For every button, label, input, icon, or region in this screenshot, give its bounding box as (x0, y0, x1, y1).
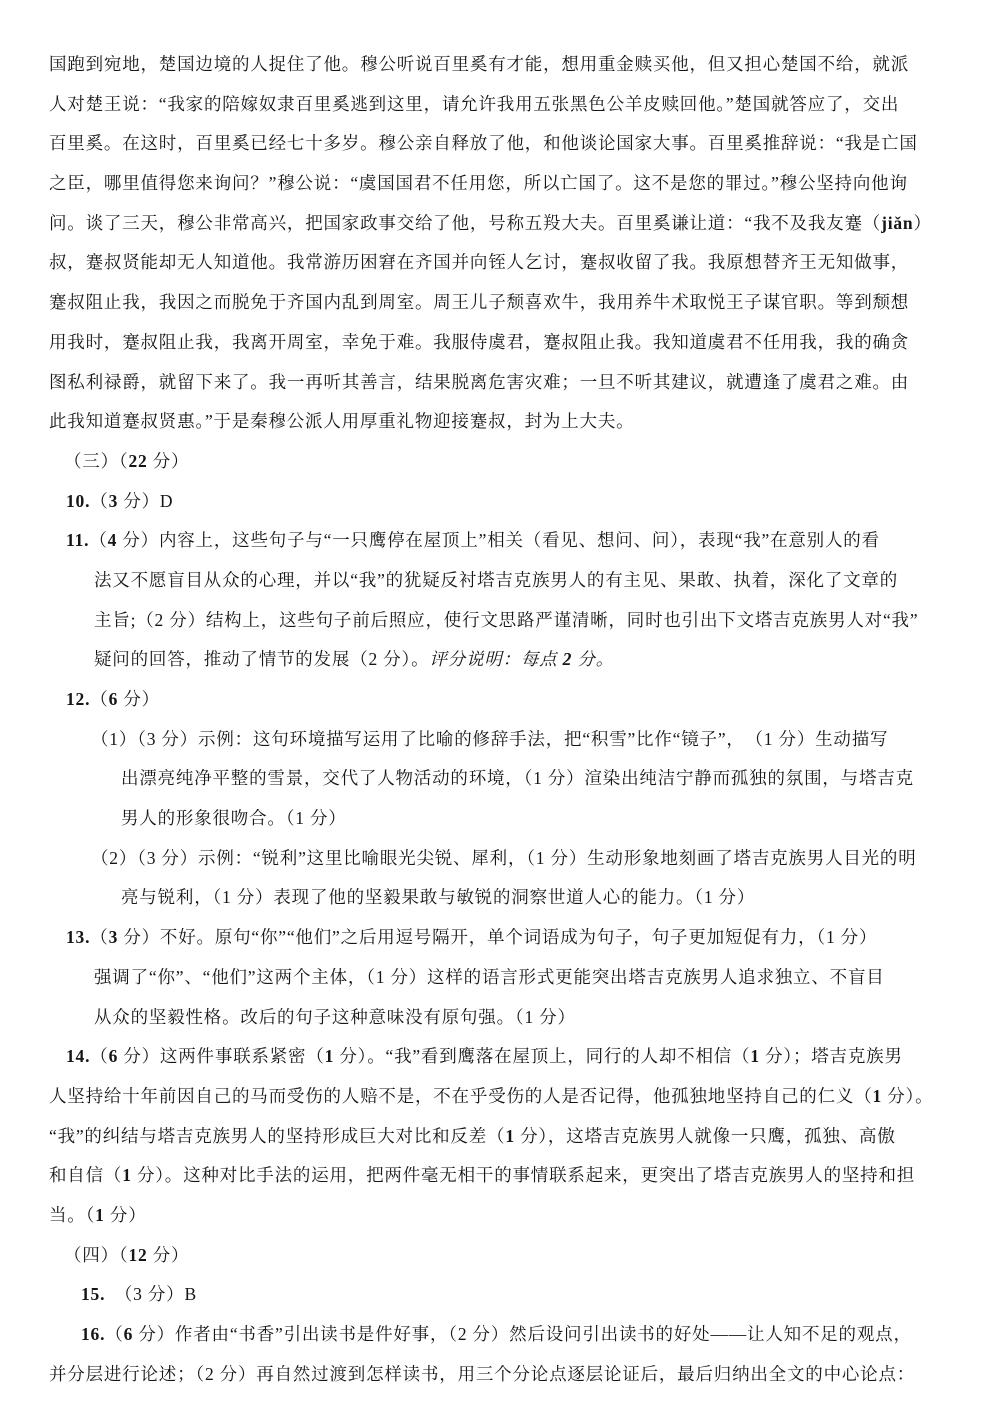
score-number: 13. (66, 927, 90, 947)
text-segment: （ (90, 1046, 108, 1066)
passage-line-4: 之臣，哪里值得您来询问？”穆公说：“虞国国君不任用您，所以亡国了。这不是您的罪过… (49, 164, 952, 204)
text-segment: 人坚持给十年前因自己的马而受伤的人赔不是，不在乎受伤的人是否记得，他孤独地坚持自… (49, 1086, 873, 1106)
text-segment: 用我时，蹇叔阻止我，我离开周室，幸免于难。我服侍虞君，蹇叔阻止我。我知道虞君不任… (49, 332, 909, 352)
score-number: 1 (325, 1046, 335, 1066)
text-segment: （三）（ (64, 451, 128, 471)
score-number: 2 (563, 649, 573, 669)
text-segment: 分）内容上，这些句子与“一只鹰停在屋顶上”相关（看见、想问、问），表现“我”在意… (117, 530, 880, 550)
passage-line-1: 国跑到宛地，楚国边境的人捉住了他。穆公听说百里奚有才能，想用重金赎买他，但又担心… (49, 45, 952, 85)
text-segment: （ (90, 491, 108, 511)
answer-13-line-2: 强调了“你”、“他们”这两个主体，（1 分）这样的语言形式更能突出塔吉克族男人追… (49, 958, 952, 998)
text-segment: 人对楚王说：“我家的陪嫁奴隶百里奚逃到这里，请允许我用五张黑色公羊皮赎回他。”楚… (49, 94, 899, 114)
text-segment: 和自信（ (49, 1165, 122, 1185)
text-segment: 主旨;（2 分）结构上，这些句子前后照应，使行文思路严谨清晰，同时也引出下文塔吉… (94, 610, 918, 630)
text-segment: （2）（3 分）示例：“锐利”这里比喻眼光尖锐、犀利，（1 分）生动形象地刻画了… (91, 848, 917, 868)
text-segment: 并分层进行论述；（2 分）再自然过渡到怎样读书，用三个分论点逐层论证后，最后归纳… (49, 1364, 915, 1384)
answer-14-line-5: 当。（1 分） (49, 1196, 952, 1236)
score-number: 1 (122, 1165, 132, 1185)
text-segment: （ (89, 530, 107, 550)
text-segment: （ (105, 1324, 123, 1344)
text-segment: 当。（ (49, 1205, 95, 1225)
text-segment: 分）这两件事联系紧密（ (118, 1046, 324, 1066)
text-segment: 分）不好。原句“你”“他们”之后用逗号隔开，单个词语成为句子，句子更加短促有力，… (118, 927, 877, 947)
score-number: 15. (81, 1284, 105, 1304)
text-segment: 分），这塔吉克族男人就像一只鹰，孤独、高傲 (515, 1126, 896, 1146)
text-segment: （四）（ (64, 1245, 128, 1265)
answer-11-line-2: 法又不愿盲目从众的心理，并以“我”的犹疑反衬塔吉克族男人的有主见、果敢、执着，深… (49, 561, 952, 601)
section-heading-4: （四）（12 分） (49, 1236, 952, 1276)
text-segment: 问。谈了三天，穆公非常高兴，把国家政事交给了他，号称五羖大夫。百里奚谦让道：“我… (49, 213, 881, 233)
text-segment: 此我知道蹇叔贤惠。”于是秦穆公派人用厚重礼物迎接蹇叔，封为上大夫。 (49, 411, 634, 431)
text-segment: 出漂亮纯净平整的雪景，交代了人物活动的环境，（1 分）渲染出纯洁宁静而孤独的氛围… (121, 768, 914, 788)
score-number: 4 (108, 530, 118, 550)
text-segment: （ (90, 689, 108, 709)
text-segment: “我”的纠结与塔吉克族男人的坚持形成巨大对比和反差（ (49, 1126, 505, 1146)
text-segment: 分）作者由“书香”引出读书是件好事，（2 分）然后设问引出读书的好处——让人知不… (133, 1324, 912, 1344)
score-number: 22 (128, 451, 147, 471)
passage-line-2: 人对楚王说：“我家的陪嫁奴隶百里奚逃到这里，请允许我用五张黑色公羊皮赎回他。”楚… (49, 85, 952, 125)
text-segment: 分）。 (882, 1086, 933, 1106)
text-segment: 分） (148, 451, 190, 471)
score-number: 1 (505, 1126, 515, 1146)
answer-16-line-2: 并分层进行论述；（2 分）再自然过渡到怎样读书，用三个分论点逐层论证后，最后归纳… (49, 1355, 952, 1395)
passage-line-7: 蹇叔阻止我，我因之而脱免于齐国内乱到周室。周王儿子颓喜欢牛，我用养牛术取悦王子谋… (49, 283, 952, 323)
answer-11-line-1: 11.（4 分）内容上，这些句子与“一只鹰停在屋顶上”相关（看见、想问、问），表… (49, 521, 952, 561)
answer-14-line-4: 和自信（1 分）。这种对比手法的运用，把两件毫无相干的事情联系起来，更突出了塔吉… (49, 1156, 952, 1196)
text-segment: 男人的形象很吻合。（1 分） (121, 808, 347, 828)
answer-11-line-4: 疑问的回答，推动了情节的发展（2 分）。评分说明：每点 2 分。 (49, 640, 952, 680)
answer-10: 10.（3 分）D (49, 482, 952, 522)
answer-13-line-1: 13.（3 分）不好。原句“你”“他们”之后用逗号隔开，单个词语成为句子，句子更… (49, 918, 952, 958)
document-page: 国跑到宛地，楚国边境的人捉住了他。穆公听说百里奚有才能，想用重金赎买他，但又担心… (0, 0, 992, 1403)
text-segment: （ (90, 927, 108, 947)
score-number: 6 (124, 1324, 134, 1344)
text-segment: 国跑到宛地，楚国边境的人捉住了他。穆公听说百里奚有才能，想用重金赎买他，但又担心… (49, 54, 909, 74)
answer-12-1-line-1: （1）（3 分）示例：这句环境描写运用了比喻的修辞手法，把“积雪”比作“镜子”，… (49, 720, 952, 760)
score-number: 3 (109, 927, 119, 947)
text-segment: 分）D (118, 491, 173, 511)
text-segment: 百里奚。在这时，百里奚已经七十多岁。穆公亲自释放了他，和他谈论国家大事。百里奚推… (49, 133, 918, 153)
text-segment: 分）；塔吉克族男 (760, 1046, 903, 1066)
answer-12-2-line-2: 亮与锐利，（1 分）表现了他的坚毅果敢与敏锐的洞察世道人心的能力。（1 分） (49, 878, 952, 918)
text-segment: 强调了“你”、“他们”这两个主体，（1 分）这样的语言形式更能突出塔吉克族男人追… (94, 967, 885, 987)
passage-line-5: 问。谈了三天，穆公非常高兴，把国家政事交给了他，号称五羖大夫。百里奚谦让道：“我… (49, 204, 952, 244)
text-segment: 分）。这种对比手法的运用，把两件毫无相干的事情联系起来，更突出了塔吉克族男人的坚… (132, 1165, 915, 1185)
score-number: 1 (873, 1086, 883, 1106)
text-segment: 疑问的回答，推动了情节的发展（2 分）。 (94, 649, 429, 669)
score-number: 1 (750, 1046, 760, 1066)
text-segment: 分） (118, 689, 160, 709)
answer-15: 15. （3 分）B (49, 1275, 952, 1315)
passage-line-8: 用我时，蹇叔阻止我，我离开周室，幸免于难。我服侍虞君，蹇叔阻止我。我知道虞君不任… (49, 323, 952, 363)
passage-line-3: 百里奚。在这时，百里奚已经七十多岁。穆公亲自释放了他，和他谈论国家大事。百里奚推… (49, 124, 952, 164)
text-segment: 蹇叔阻止我，我因之而脱免于齐国内乱到周室。周王儿子颓喜欢牛，我用养牛术取悦王子谋… (49, 292, 909, 312)
passage-line-9: 图私利禄爵，就留下来了。我一再听其善言，结果脱离危害灾难；一旦不听其建议，就遭逢… (49, 363, 952, 403)
score-number: 12. (66, 689, 90, 709)
answer-11-line-3: 主旨;（2 分）结构上，这些句子前后照应，使行文思路严谨清晰，同时也引出下文塔吉… (49, 601, 952, 641)
score-number: jiǎn (881, 213, 913, 233)
text-segment: （3 分）B (105, 1284, 197, 1304)
answer-12-2-line-1: （2）（3 分）示例：“锐利”这里比喻眼光尖锐、犀利，（1 分）生动形象地刻画了… (49, 839, 952, 879)
score-number: 3 (109, 491, 119, 511)
text-segment: ） (913, 213, 931, 233)
answer-14-line-3: “我”的纠结与塔吉克族男人的坚持形成巨大对比和反差（1 分），这塔吉克族男人就像… (49, 1117, 952, 1157)
answer-14-line-1: 14.（6 分）这两件事联系紧密（1 分）。“我”看到鹰落在屋顶上，同行的人却不… (49, 1037, 952, 1077)
text-segment: 法又不愿盲目从众的心理，并以“我”的犹疑反衬塔吉克族男人的有主见、果敢、执着，深… (94, 570, 898, 590)
text-segment: （1）（3 分）示例：这句环境描写运用了比喻的修辞手法，把“积雪”比作“镜子”，… (91, 729, 888, 749)
document-lines-mount: 国跑到宛地，楚国边境的人捉住了他。穆公听说百里奚有才能，想用重金赎买他，但又担心… (49, 45, 952, 1394)
score-number: 14. (66, 1046, 90, 1066)
score-number: 10. (66, 491, 90, 511)
text-segment: 分）。“我”看到鹰落在屋顶上，同行的人却不相信（ (334, 1046, 750, 1066)
passage-line-6: 叔，蹇叔贤能却无人知道他。我常游历困窘在齐国并向铚人乞讨，蹇叔收留了我。我原想替… (49, 243, 952, 283)
text-segment: 图私利禄爵，就留下来了。我一再听其善言，结果脱离危害灾难；一旦不听其建议，就遭逢… (49, 372, 909, 392)
text-segment: 亮与锐利，（1 分）表现了他的坚毅果敢与敏锐的洞察世道人心的能力。（1 分） (121, 887, 755, 907)
score-number: 1 (95, 1205, 105, 1225)
text-segment: 从众的坚毅性格。改后的句子这种意味没有原句强。（1 分） (94, 1007, 576, 1027)
score-number: 11. (66, 530, 89, 550)
answer-12-heading: 12.（6 分） (49, 680, 952, 720)
text-segment: 分） (105, 1205, 147, 1225)
answer-14-line-2: 人坚持给十年前因自己的马而受伤的人赔不是，不在乎受伤的人是否记得，他孤独地坚持自… (49, 1077, 952, 1117)
answer-12-1-line-2: 出漂亮纯净平整的雪景，交代了人物活动的环境，（1 分）渲染出纯洁宁静而孤独的氛围… (49, 759, 952, 799)
passage-line-10: 此我知道蹇叔贤惠。”于是秦穆公派人用厚重礼物迎接蹇叔，封为上大夫。 (49, 402, 952, 442)
answer-12-1-line-3: 男人的形象很吻合。（1 分） (49, 799, 952, 839)
score-number: 6 (109, 1046, 119, 1066)
text-segment: 分） (148, 1245, 190, 1265)
section-heading-3: （三）（22 分） (49, 442, 952, 482)
answer-13-line-3: 从众的坚毅性格。改后的句子这种意味没有原句强。（1 分） (49, 998, 952, 1038)
text-segment: 分。 (572, 649, 614, 669)
score-number: 12 (128, 1245, 147, 1265)
text-segment: 评分说明：每点 (429, 649, 562, 669)
answer-16-line-1: 16.（6 分）作者由“书香”引出读书是件好事，（2 分）然后设问引出读书的好处… (49, 1315, 952, 1355)
text-segment: 之臣，哪里值得您来询问？”穆公说：“虞国国君不任用您，所以亡国了。这不是您的罪过… (49, 173, 908, 193)
text-segment: 叔，蹇叔贤能却无人知道他。我常游历困窘在齐国并向铚人乞讨，蹇叔收留了我。我原想替… (49, 252, 909, 272)
score-number: 6 (109, 689, 119, 709)
score-number: 16. (81, 1324, 105, 1344)
